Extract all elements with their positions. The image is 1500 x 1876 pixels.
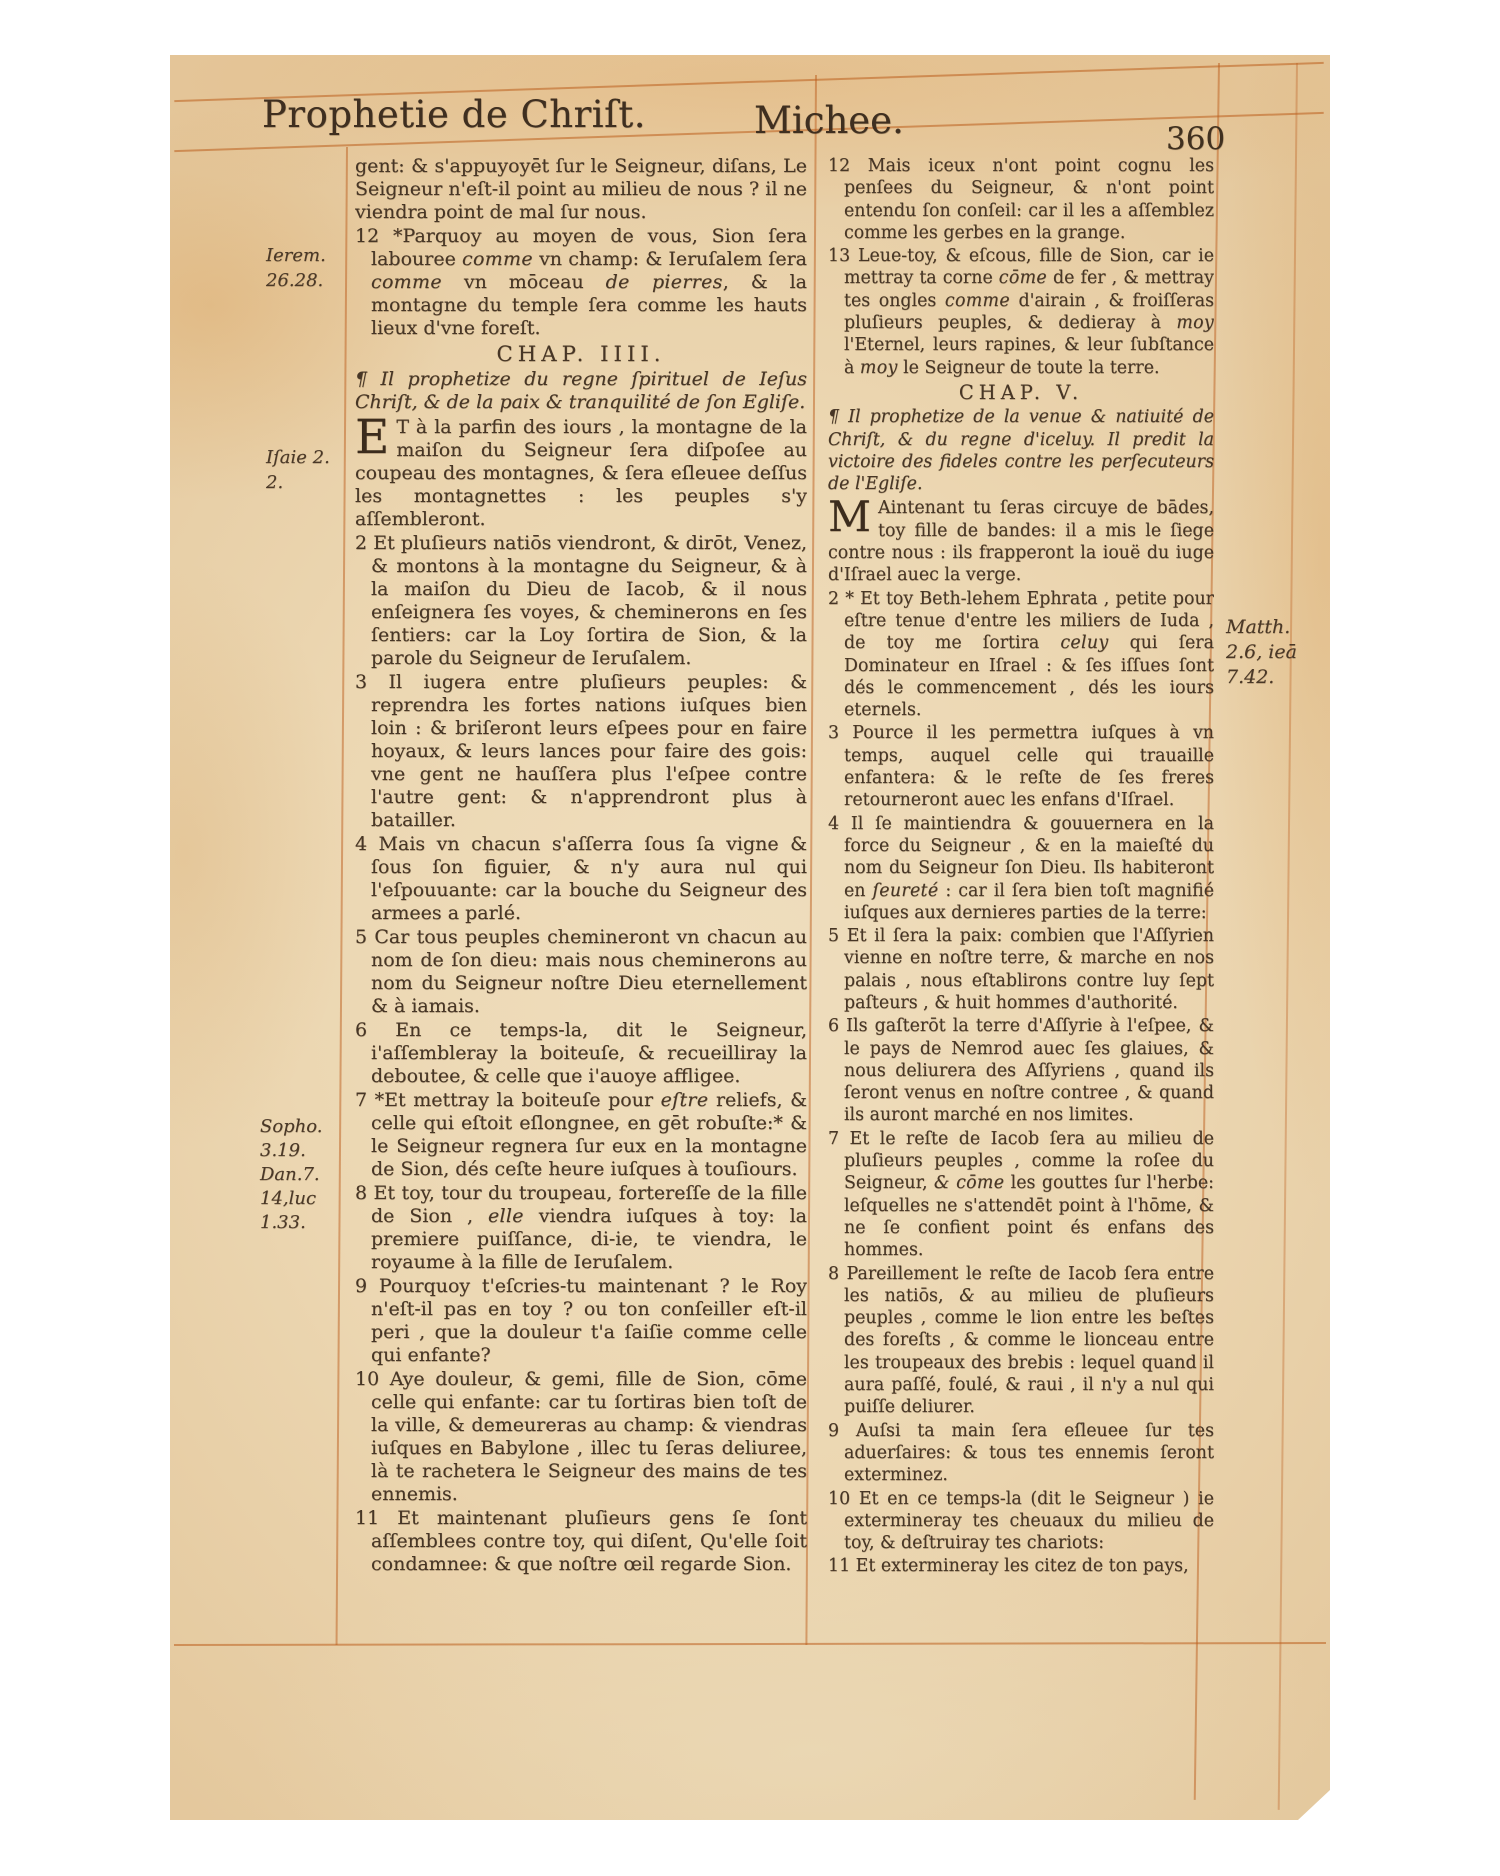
chap4-verse-1: ET à la parfin des iours , la montagne d… xyxy=(355,416,807,531)
chapter-5-summary: ¶ Il prophetize de la venue & natiuité d… xyxy=(828,406,1214,495)
chap4-verse-13: 13 Leue-toy, & eſcous, fille de Sion, ca… xyxy=(828,245,1214,379)
chap5-verse-2: 2 * Et toy Beth-lehem Ephrata , petite p… xyxy=(828,588,1214,722)
margin-note-matthew-john: Matth. 2.6, ieā 7.42. xyxy=(1226,615,1297,690)
chap3-verse-12: 12 *Parquoy au moyen de vous, Sion ſera … xyxy=(355,225,807,340)
text-column-right: 12 Mais iceux n'ont point cognu les penſ… xyxy=(828,155,1214,1645)
scan-background: Prophetie de Chriſt. Michee. 360 Ierem. … xyxy=(0,0,1500,1876)
ruled-line-right-margin-outer xyxy=(1278,63,1298,1810)
book-name: Michee. xyxy=(754,99,904,142)
chap4-verse-5: 5 Car tous peuples chemineront vn chacun… xyxy=(355,926,807,1018)
chap4-verse-7: 7 *Et mettray la boiteuſe pour eſtre rel… xyxy=(355,1089,807,1181)
margin-note-jeremiah: Ierem. 26.28. xyxy=(266,243,326,293)
chapter-4-summary: ¶ Il prophetize du regne ſpirituel de Ie… xyxy=(355,368,807,414)
page-number: 360 xyxy=(1166,121,1225,157)
chap5-verse-4: 4 Il ſe maintiendra & gouuernera en la f… xyxy=(828,813,1214,924)
chap4-verse-8: 8 Et toy, tour du troupeau, fortereſſe d… xyxy=(355,1182,807,1274)
running-title: Prophetie de Chriſt. xyxy=(262,93,646,136)
margin-note-zephaniah-daniel-luke: Sopho. 3.19. Dan.7. 14,luc 1.33. xyxy=(260,1115,323,1235)
chapter-5-heading: CHAP. V. xyxy=(828,382,1214,404)
ruled-line-left-margin xyxy=(336,147,348,1645)
chap5-verse-3: 3 Pource il les permettra iuſques à vn t… xyxy=(828,722,1214,811)
chap5-verse-1: MAintenant tu ſeras circuye de bādes, to… xyxy=(828,497,1214,586)
chap4-verse-4: 4 Mais vn chacun s'aſſerra ſous ſa vigne… xyxy=(355,833,807,925)
drop-cap-e: E xyxy=(355,419,389,461)
chap4-verse-1-text: T à la parfin des iours , la montagne de… xyxy=(355,416,807,530)
chap5-verse-8: 8 Pareillement le reſte de Iacob ſera en… xyxy=(828,1263,1214,1419)
chap4-verse-10: 10 Aye douleur, & gemi, fille de Sion, c… xyxy=(355,1368,807,1506)
chap4-verse-6: 6 En ce temps-la, dit le Seigneur, i'aſſ… xyxy=(355,1019,807,1088)
chap5-verse-1-text: Aintenant tu ſeras circuye de bādes, toy… xyxy=(828,498,1214,585)
chap5-verse-5: 5 Et il ſera la paix: combien que l'Aſſy… xyxy=(828,925,1214,1014)
chap4-verse-12: 12 Mais iceux n'ont point cognu les penſ… xyxy=(828,155,1214,244)
chap4-verse-9: 9 Pourquoy t'eſcries-tu maintenant ? le … xyxy=(355,1275,807,1367)
chap5-verse-10: 10 Et en ce temps-la (dit le Seigneur ) … xyxy=(828,1488,1214,1555)
chap4-verse-11: 11 Et maintenant pluſieurs gens ſe ſont … xyxy=(355,1507,807,1576)
margin-note-isaiah: Iſaie 2. 2. xyxy=(266,445,330,495)
text-column-left: gent: & s'appuyoyēt ſur le Seigneur, diſ… xyxy=(355,155,807,1645)
chap5-verse-7: 7 Et le reſte de Iacob ſera au milieu de… xyxy=(828,1128,1214,1262)
book-page: Prophetie de Chriſt. Michee. 360 Ierem. … xyxy=(170,55,1330,1820)
chap5-verse-11: 11 Et extermineray les citez de ton pays… xyxy=(828,1555,1214,1577)
chap5-verse-6: 6 Ils gaſterōt la terre d'Aſſyrie à l'eſ… xyxy=(828,1015,1214,1126)
chap5-verse-9: 9 Auſsi ta main ſera eſleuee ſur tes adu… xyxy=(828,1420,1214,1487)
ruled-line-column-divider xyxy=(805,75,816,1645)
chap4-verse-3: 3 Il iugera entre pluſieurs peuples: & r… xyxy=(355,671,807,832)
chap3-continuation-paragraph: gent: & s'appuyoyēt ſur le Seigneur, diſ… xyxy=(355,155,807,224)
drop-cap-m: M xyxy=(828,500,871,538)
chapter-4-heading: CHAP. IIII. xyxy=(355,343,807,366)
chap4-verse-2: 2 Et pluſieurs natiōs viendront, & dirōt… xyxy=(355,532,807,670)
